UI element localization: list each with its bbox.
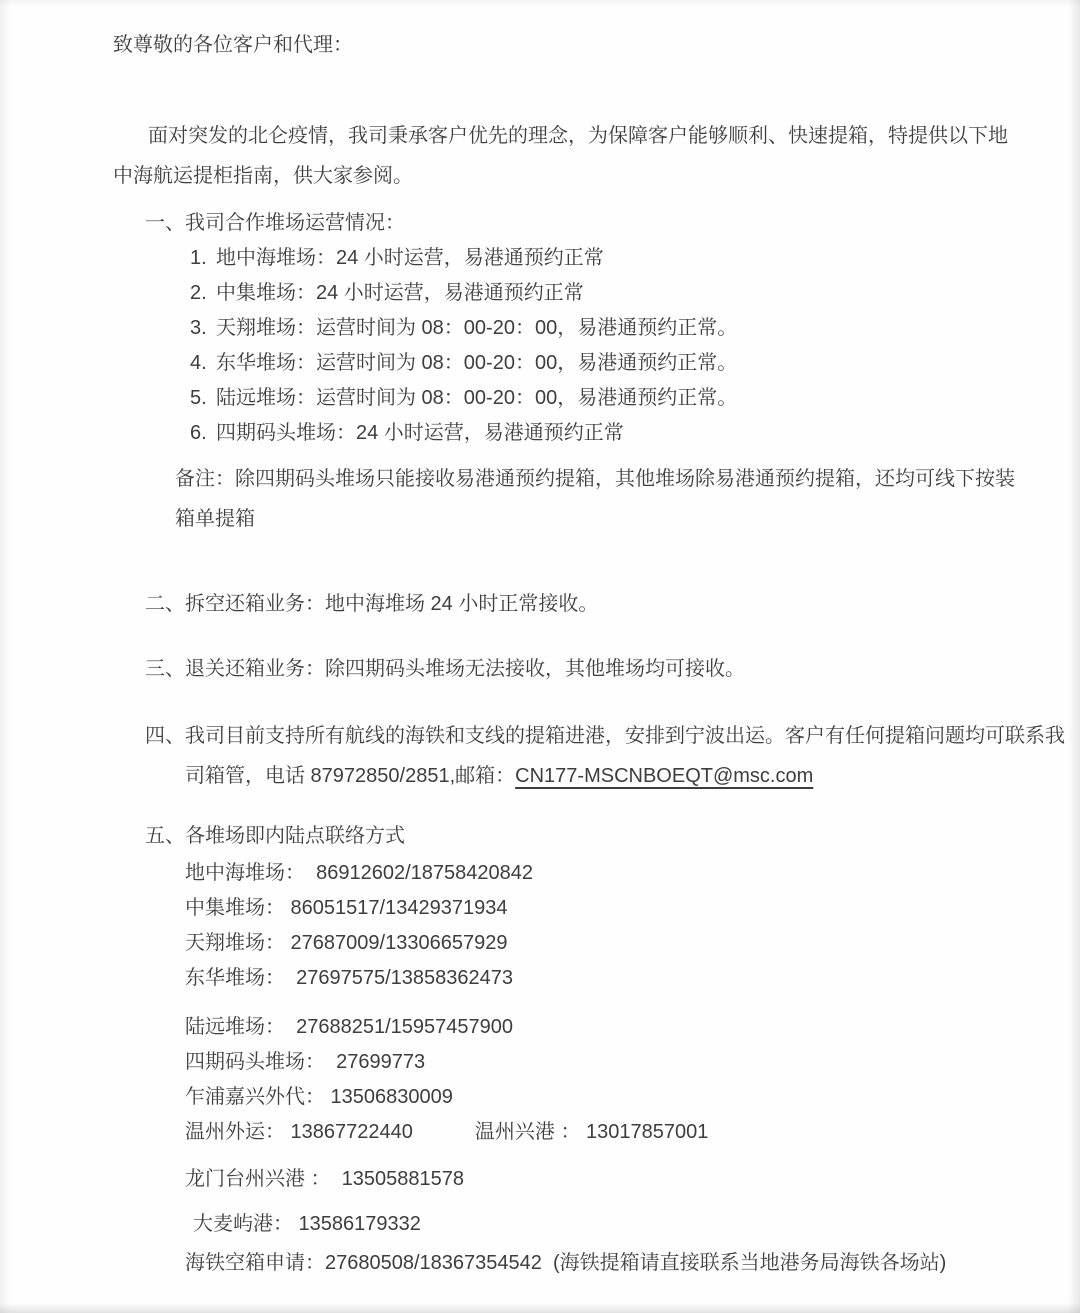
section-three-text: 退关还箱业务：除四期码头堆场无法接收，其他堆场均可接收。	[185, 658, 745, 680]
section-four: 四、我司目前支持所有航线的海铁和支线的提箱进港，安排到宁波出运。客户有任何提箱问…	[145, 716, 1070, 796]
contact-line: 地中海堆场： 86912602/18758420842	[185, 856, 1080, 891]
yard-item-text: 地中海堆场：24 小时运营，易港通预约正常	[216, 241, 604, 276]
yard-item-number: 3.	[190, 311, 216, 346]
salutation: 致尊敬的各位客户和代理：	[113, 30, 1080, 60]
contact-line-wenzhou: 温州外运： 13867722440温州兴港 ： 13017857001	[185, 1115, 1080, 1150]
rail-empty-container-contact: 海铁空箱申请：27680508/18367354542 (海铁提箱请直接联系当地…	[185, 1245, 960, 1281]
damaiyu-port-contact: 大麦屿港： 13586179332	[193, 1209, 1080, 1239]
yard-list-item: 6.四期码头堆场：24 小时运营，易港通预约正常	[190, 416, 1080, 451]
contact-line: 乍浦嘉兴外代： 13506830009	[185, 1080, 1080, 1115]
yard-item-number: 6.	[190, 416, 216, 451]
contact-group-2: 陆远堆场： 27688251/15957457900 四期码头堆场： 27699…	[113, 1010, 1080, 1150]
section-five-heading: 五、各堆场即内陆点联络方式	[145, 821, 1080, 851]
yard-list-item: 3.天翔堆场：运营时间为 08：00-20：00，易港通预约正常。	[190, 311, 1080, 346]
yard-item-text: 天翔堆场：运营时间为 08：00-20：00，易港通预约正常。	[216, 311, 737, 346]
section-two-text: 拆空还箱业务：地中海堆场 24 小时正常接收。	[185, 593, 598, 615]
section-three-marker: 三、	[145, 658, 185, 680]
yard-list-item: 1.地中海堆场：24 小时运营，易港通预约正常	[190, 241, 1080, 276]
yard-item-text: 四期码头堆场：24 小时运营，易港通预约正常	[216, 416, 624, 451]
document-content: 致尊敬的各位客户和代理： 面对突发的北仑疫情，我司秉承客户优先的理念，为保障客户…	[0, 0, 1080, 1281]
note-paragraph: 备注：除四期码头堆场只能接收易港通预约提箱，其他堆场除易港通预约提箱，还均可线下…	[175, 459, 1020, 539]
intro-paragraph: 面对突发的北仑疫情，我司秉承客户优先的理念，为保障客户能够顺利、快速提箱，特提供…	[113, 116, 1013, 196]
section-two-marker: 二、	[145, 593, 185, 615]
section-five-marker: 五、	[145, 825, 185, 847]
yard-list-item: 5.陆远堆场：运营时间为 08：00-20：00，易港通预约正常。	[190, 381, 1080, 416]
contact-line: 陆远堆场： 27688251/15957457900	[185, 1010, 1080, 1045]
yard-list-item: 2.中集堆场：24 小时运营，易港通预约正常	[190, 276, 1080, 311]
contact-line: 四期码头堆场： 27699773	[185, 1045, 1080, 1080]
yard-item-text: 东华堆场：运营时间为 08：00-20：00，易港通预约正常。	[216, 346, 737, 381]
yard-list-item: 4.东华堆场：运营时间为 08：00-20：00，易港通预约正常。	[190, 346, 1080, 381]
document-page: 致尊敬的各位客户和代理： 面对突发的北仑疫情，我司秉承客户优先的理念，为保障客户…	[0, 0, 1080, 1313]
section-five-title: 各堆场即内陆点联络方式	[185, 825, 405, 847]
contact-line: 东华堆场： 27697575/13858362473	[185, 961, 1080, 996]
contact-line: 中集堆场： 86051517/13429371934	[185, 891, 1080, 926]
section-one-marker: 一、	[145, 212, 185, 234]
wenzhou-xinggang-contact: 温州兴港 ： 13017857001	[475, 1115, 708, 1150]
yard-item-number: 4.	[190, 346, 216, 381]
yard-item-text: 中集堆场：24 小时运营，易港通预约正常	[216, 276, 584, 311]
email-link[interactable]: CN177-MSCNBOEQT@msc.com	[515, 765, 813, 787]
yard-item-number: 5.	[190, 381, 216, 416]
yard-item-number: 2.	[190, 276, 216, 311]
yard-list: 1.地中海堆场：24 小时运营，易港通预约正常 2.中集堆场：24 小时运营，易…	[113, 241, 1080, 451]
section-one-title: 我司合作堆场运营情况：	[185, 212, 405, 234]
longmen-taizhou-contact: 龙门台州兴港 ： 13505881578	[185, 1164, 1080, 1194]
wenzhou-waiyun-contact: 温州外运： 13867722440	[185, 1115, 413, 1150]
yard-item-text: 陆远堆场：运营时间为 08：00-20：00，易港通预约正常。	[216, 381, 737, 416]
section-three: 三、退关还箱业务：除四期码头堆场无法接收，其他堆场均可接收。	[145, 654, 1080, 684]
section-one-heading: 一、我司合作堆场运营情况：	[145, 208, 1080, 238]
section-two: 二、拆空还箱业务：地中海堆场 24 小时正常接收。	[145, 589, 1080, 619]
section-four-marker: 四、	[145, 725, 185, 747]
yard-item-number: 1.	[190, 241, 216, 276]
contact-group-1: 地中海堆场： 86912602/18758420842 中集堆场： 860515…	[113, 856, 1080, 996]
contact-line: 天翔堆场： 27687009/13306657929	[185, 926, 1080, 961]
